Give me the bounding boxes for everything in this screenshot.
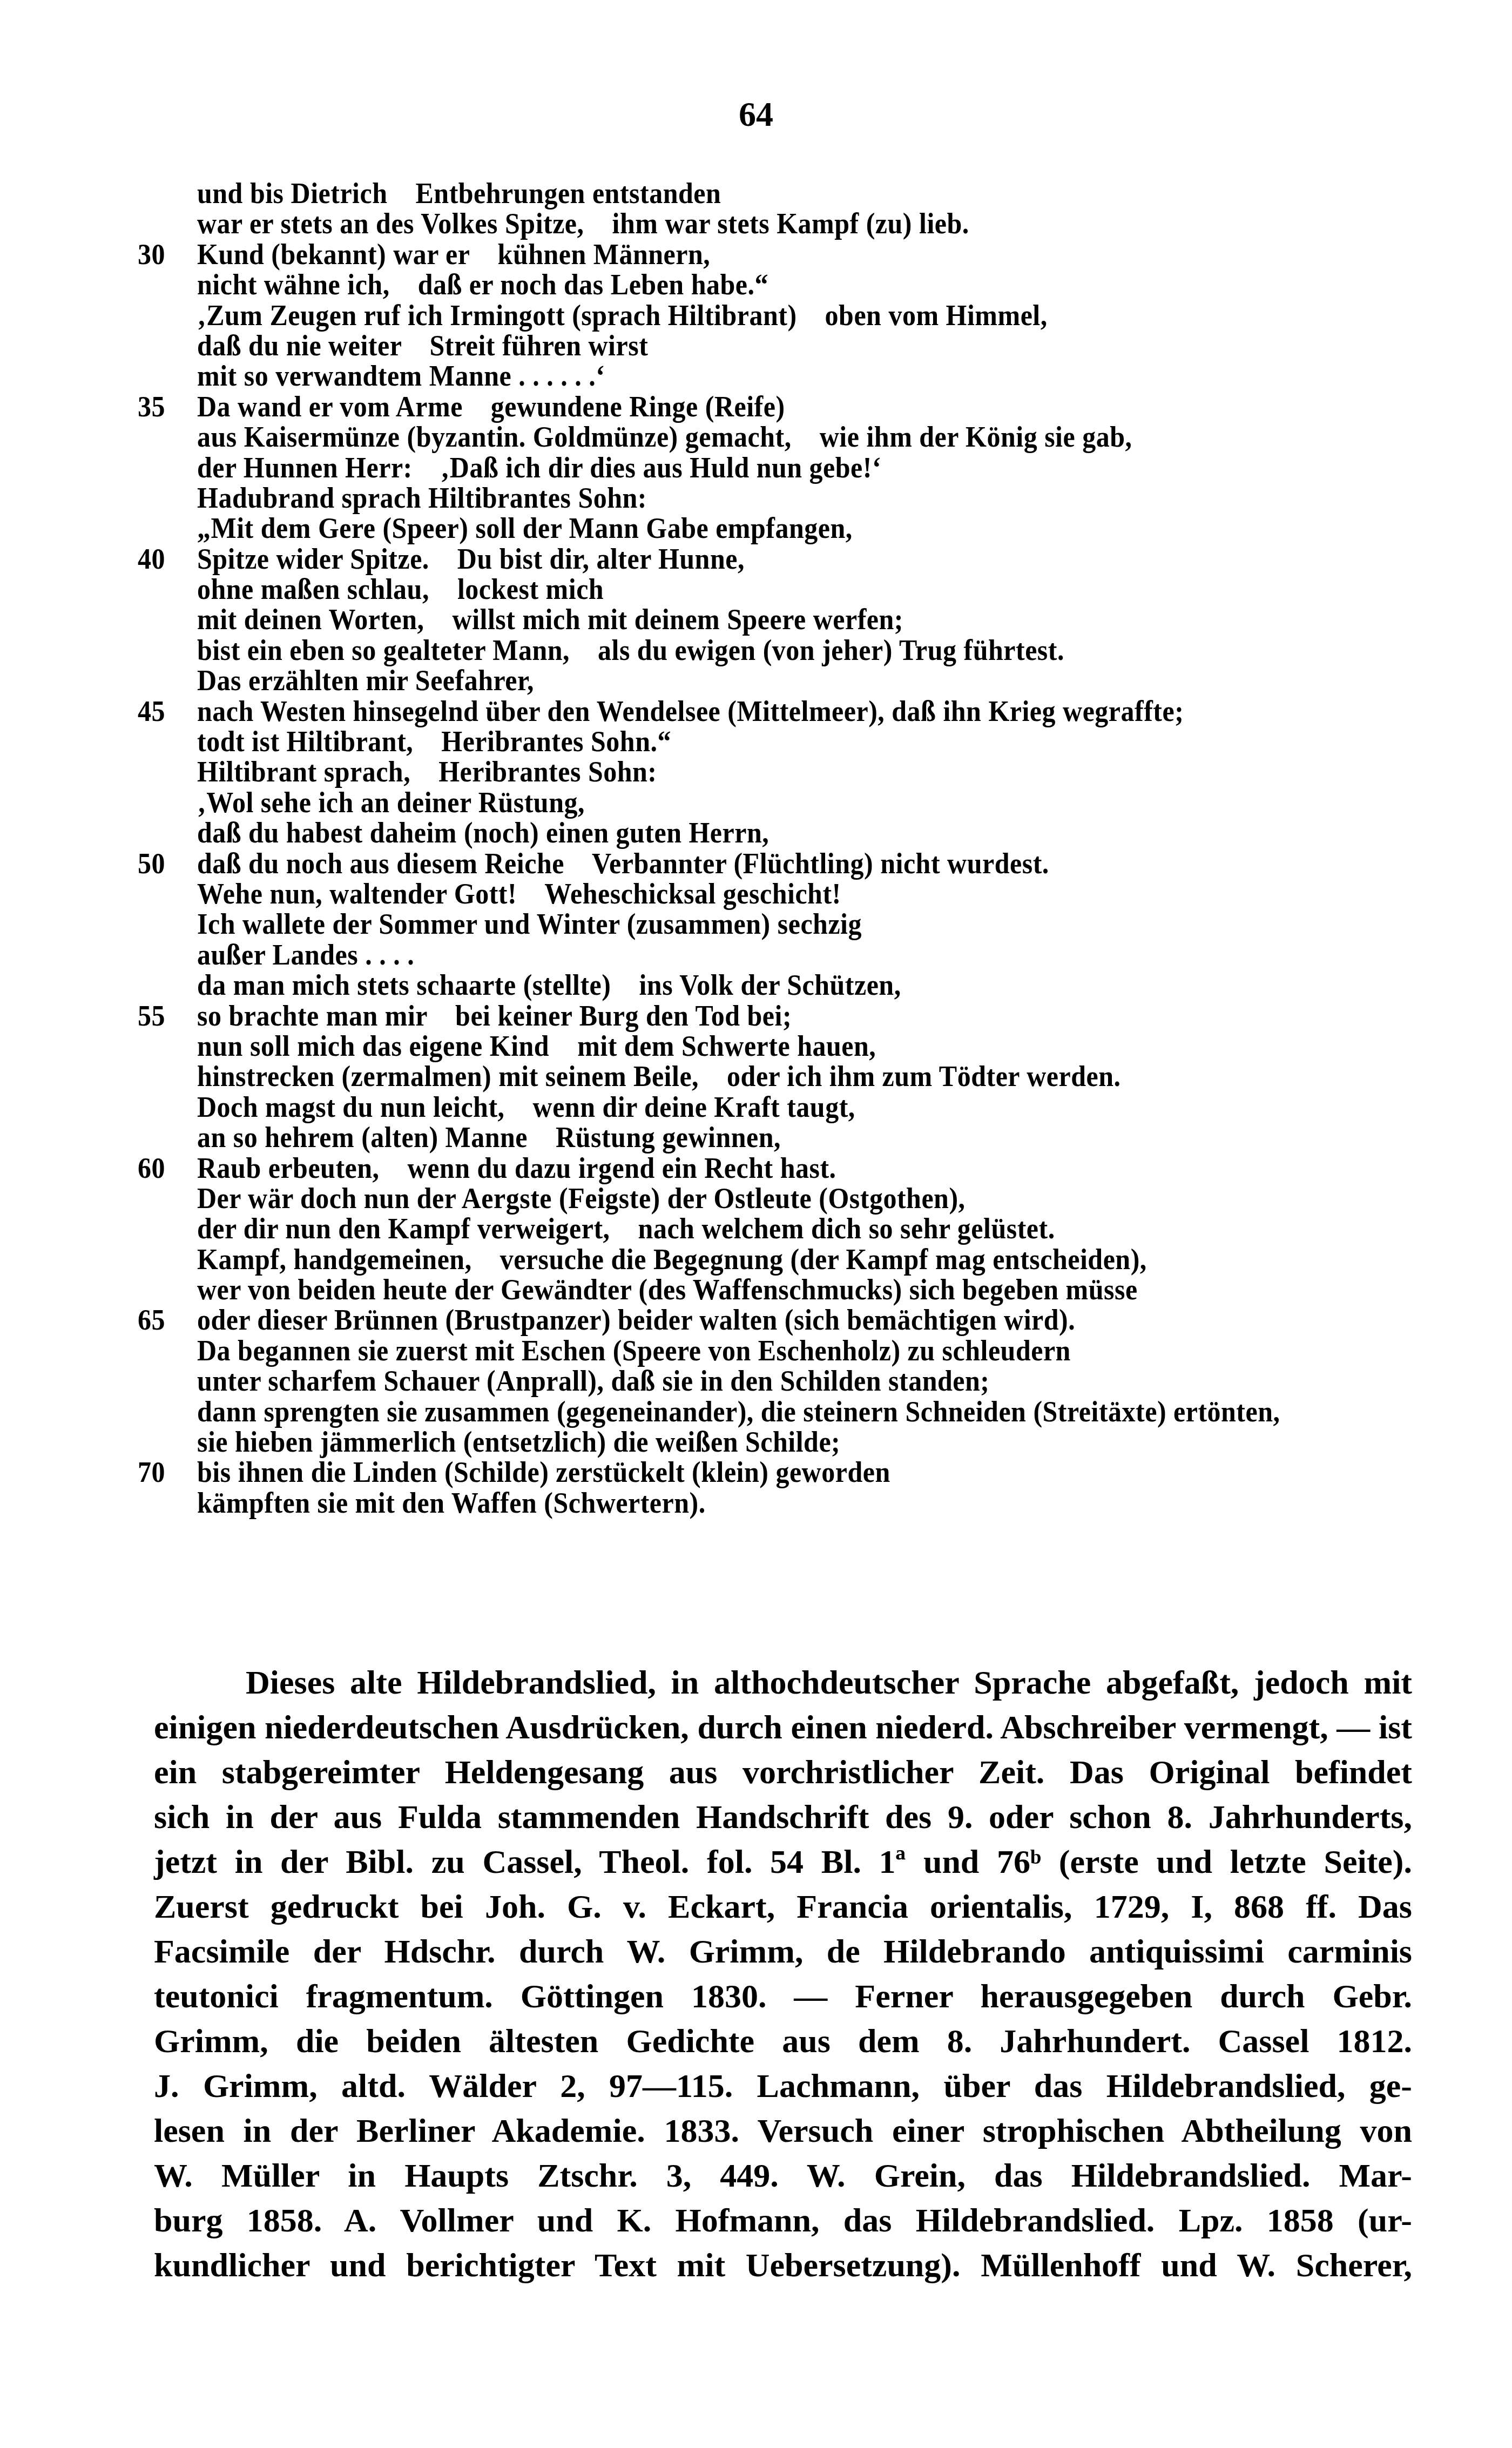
verse-text: ‚Wol sehe ich an deiner Rüstung, (197, 786, 585, 819)
commentary-paragraph: Dieses alte Hildebrandslied, in althochd… (154, 1661, 1412, 2288)
verse-line: bist ein eben so gealteter Mann, als du … (138, 634, 1488, 667)
verse-text: mit deinen Worten, willst mich mit deine… (197, 603, 903, 636)
verse-line: nicht wähne ich, daß er noch das Leben h… (138, 268, 1488, 301)
verse-text: daß du nie weiter Streit führen wirst (197, 329, 648, 362)
verse-text: Das erzählten mir Seefahrer, (197, 664, 534, 697)
verse-line: unter scharfem Schauer (Anprall), daß si… (138, 1365, 1488, 1398)
verse-text: nach Westen hinsegelnd über den Wendelse… (197, 694, 1184, 727)
verse-line: Ich wallete der Sommer und Winter (zusam… (138, 908, 1488, 941)
verse-text: kämpften sie mit den Waffen (Schwertern)… (197, 1487, 706, 1520)
verse-line: daß du nie weiter Streit führen wirst (138, 329, 1488, 362)
verse-text: Raub erbeuten, wenn du dazu irgend ein R… (197, 1151, 836, 1184)
verse-line: todt ist Hiltibrant, Heribrantes Sohn.“ (138, 725, 1488, 758)
verse-line: Hadubrand sprach Hiltibrantes Sohn: (138, 482, 1488, 515)
verse-text: aus Kaisermünze (byzantin. Goldmünze) ge… (197, 421, 1132, 454)
verse-line: nun soll mich das eigene Kind mit dem Sc… (138, 1030, 1488, 1063)
verse-line: Da begannen sie zuerst mit Eschen (Speer… (138, 1334, 1488, 1367)
verse-text: unter scharfem Schauer (Anprall), daß si… (197, 1365, 989, 1398)
verse-text: dann sprengten sie zusammen (gegeneinand… (197, 1395, 1280, 1428)
verse-line: 45nach Westen hinsegelnd über den Wendel… (138, 694, 1488, 727)
verse-text: da man mich stets schaarte (stellte) ins… (197, 969, 901, 1002)
verse-line: 65oder dieser Brünnen (Brustpanzer) beid… (138, 1304, 1488, 1337)
line-number: 45 (138, 694, 186, 727)
line-number: 40 (138, 542, 186, 575)
verse-text: nicht wähne ich, daß er noch das Leben h… (197, 268, 768, 301)
paragraph-line: kundlicher und berichtigter Text mit Ueb… (154, 2243, 1412, 2288)
verse-text: wer von beiden heute der Gewändter (des … (197, 1273, 1138, 1306)
verse-line: Der wär doch nun der Aergste (Feigste) d… (138, 1182, 1488, 1215)
verse-text: Wehe nun, waltender Gott! Weheschicksal … (197, 878, 841, 911)
paragraph-line: teutonici fragmentum. Göttingen 1830. — … (154, 1974, 1412, 2019)
verse-block: und bis Dietrich Entbehrungen entstanden… (138, 178, 1488, 1518)
verse-line: daß du habest daheim (noch) einen guten … (138, 817, 1488, 849)
verse-text: Spitze wider Spitze. Du bist dir, alter … (197, 542, 745, 575)
verse-text: todt ist Hiltibrant, Heribrantes Sohn.“ (197, 725, 671, 758)
verse-line: der dir nun den Kampf verweigert, nach w… (138, 1212, 1488, 1245)
verse-text: und bis Dietrich Entbehrungen entstanden (197, 177, 721, 210)
paragraph-line: jetzt in der Bibl. zu Cassel, Theol. fol… (154, 1840, 1412, 1885)
verse-text: nun soll mich das eigene Kind mit dem Sc… (197, 1030, 876, 1063)
verse-line: 60Raub erbeuten, wenn du dazu irgend ein… (138, 1151, 1488, 1184)
verse-line: der Hunnen Herr: ‚Daß ich dir dies aus H… (138, 451, 1488, 484)
verse-line: außer Landes . . . . (138, 939, 1488, 972)
verse-text: an so hehrem (alten) Manne Rüstung gewin… (197, 1121, 781, 1154)
paragraph-line: sich in der aus Fulda stammenden Handsch… (154, 1795, 1412, 1840)
verse-text: außer Landes . . . . (197, 939, 414, 972)
verse-line: 50daß du noch aus diesem Reiche Verbannt… (138, 847, 1488, 880)
paragraph-line: Grimm, die beiden ältesten Gedichte aus … (154, 2019, 1412, 2064)
paragraph-line: W. Müller in Haupts Ztschr. 3, 449. W. G… (154, 2154, 1412, 2199)
verse-line: ohne maßen schlau, lockest mich (138, 573, 1488, 606)
verse-text: daß du habest daheim (noch) einen guten … (197, 817, 769, 849)
verse-line: 40Spitze wider Spitze. Du bist dir, alte… (138, 542, 1488, 575)
verse-line: 30Kund (bekannt) war er kühnen Männern, (138, 238, 1488, 271)
verse-line: Das erzählten mir Seefahrer, (138, 664, 1488, 697)
paragraph-line: J. Grimm, altd. Wälder 2, 97—115. Lachma… (154, 2064, 1412, 2109)
verse-line: wer von beiden heute der Gewändter (des … (138, 1273, 1488, 1306)
verse-text: Ich wallete der Sommer und Winter (zusam… (197, 908, 862, 941)
paragraph-line: Facsimile der Hdschr. durch W. Grimm, de… (154, 1930, 1412, 1974)
verse-line: kämpften sie mit den Waffen (Schwertern)… (138, 1487, 1488, 1520)
verse-line: hinstrecken (zermalmen) mit seinem Beile… (138, 1060, 1488, 1093)
verse-text: Kund (bekannt) war er kühnen Männern, (197, 238, 710, 271)
verse-text: hinstrecken (zermalmen) mit seinem Beile… (197, 1060, 1120, 1093)
paragraph-line: ein stabgereimter Heldengesang aus vorch… (154, 1750, 1412, 1795)
verse-line: da man mich stets schaarte (stellte) ins… (138, 969, 1488, 1002)
verse-line: aus Kaisermünze (byzantin. Goldmünze) ge… (138, 421, 1488, 454)
verse-line: dann sprengten sie zusammen (gegeneinand… (138, 1395, 1488, 1428)
verse-text: so brachte man mir bei keiner Burg den T… (197, 999, 792, 1032)
verse-line: und bis Dietrich Entbehrungen entstanden (138, 177, 1488, 210)
verse-text: Doch magst du nun leicht, wenn dir deine… (197, 1090, 855, 1123)
verse-text: Hiltibrant sprach, Heribrantes Sohn: (197, 756, 657, 788)
verse-text: Kampf, handgemeinen, versuche die Begegn… (197, 1243, 1147, 1276)
verse-text: ‚Zum Zeugen ruf ich Irmingott (sprach Hi… (197, 299, 1048, 332)
verse-text: bist ein eben so gealteter Mann, als du … (197, 634, 1064, 667)
verse-text: Der wär doch nun der Aergste (Feigste) d… (197, 1182, 966, 1215)
line-number: 60 (138, 1151, 186, 1184)
verse-text: oder dieser Brünnen (Brustpanzer) beider… (197, 1304, 1075, 1337)
verse-text: der Hunnen Herr: ‚Daß ich dir dies aus H… (197, 451, 881, 484)
paragraph-line: Dieses alte Hildebrandslied, in althochd… (154, 1661, 1412, 1705)
verse-line: ‚Zum Zeugen ruf ich Irmingott (sprach Hi… (138, 299, 1488, 332)
line-number: 50 (138, 847, 186, 880)
verse-text: mit so verwandtem Manne . . . . . .‘ (197, 360, 605, 393)
line-number: 35 (138, 390, 186, 423)
verse-line: mit deinen Worten, willst mich mit deine… (138, 603, 1488, 636)
verse-line: 35Da wand er vom Arme gewundene Ringe (R… (138, 390, 1488, 423)
verse-line: 70bis ihnen die Linden (Schilde) zerstüc… (138, 1456, 1488, 1489)
paragraph-line: burg 1858. A. Vollmer und K. Hofmann, da… (154, 2199, 1412, 2243)
verse-text: daß du noch aus diesem Reiche Verbannter… (197, 847, 1049, 880)
paragraph-line: einigen niederdeutschen Ausdrücken, durc… (154, 1705, 1412, 1750)
verse-text: Hadubrand sprach Hiltibrantes Sohn: (197, 482, 647, 515)
verse-line: Hiltibrant sprach, Heribrantes Sohn: (138, 756, 1488, 788)
paragraph-line: Zuerst gedruckt bei Joh. G. v. Eckart, F… (154, 1885, 1412, 1930)
verse-line: an so hehrem (alten) Manne Rüstung gewin… (138, 1121, 1488, 1154)
line-number: 55 (138, 999, 186, 1032)
line-number: 30 (138, 238, 186, 271)
verse-line: ‚Wol sehe ich an deiner Rüstung, (138, 786, 1488, 819)
verse-line: war er stets an des Volkes Spitze, ihm w… (138, 207, 1488, 240)
verse-text: war er stets an des Volkes Spitze, ihm w… (197, 207, 969, 240)
line-number: 70 (138, 1456, 186, 1489)
verse-text: der dir nun den Kampf verweigert, nach w… (197, 1212, 1055, 1245)
page-number: 64 (0, 95, 1512, 134)
verse-line: Kampf, handgemeinen, versuche die Begegn… (138, 1243, 1488, 1276)
verse-line: Doch magst du nun leicht, wenn dir deine… (138, 1090, 1488, 1123)
verse-line: mit so verwandtem Manne . . . . . .‘ (138, 360, 1488, 393)
paragraph-line: lesen in der Berliner Akademie. 1833. Ve… (154, 2109, 1412, 2154)
line-number: 65 (138, 1304, 186, 1337)
verse-text: ohne maßen schlau, lockest mich (197, 573, 604, 606)
verse-text: bis ihnen die Linden (Schilde) zerstücke… (197, 1456, 890, 1489)
verse-text: Da begannen sie zuerst mit Eschen (Speer… (197, 1334, 1071, 1367)
verse-line: „Mit dem Gere (Speer) soll der Mann Gabe… (138, 512, 1488, 545)
verse-text: sie hieben jämmerlich (entsetzlich) die … (197, 1426, 840, 1459)
verse-line: 55so brachte man mir bei keiner Burg den… (138, 999, 1488, 1032)
verse-text: „Mit dem Gere (Speer) soll der Mann Gabe… (197, 512, 853, 545)
verse-text: Da wand er vom Arme gewundene Ringe (Rei… (197, 390, 785, 423)
verse-line: sie hieben jämmerlich (entsetzlich) die … (138, 1426, 1488, 1459)
verse-line: Wehe nun, waltender Gott! Weheschicksal … (138, 878, 1488, 911)
